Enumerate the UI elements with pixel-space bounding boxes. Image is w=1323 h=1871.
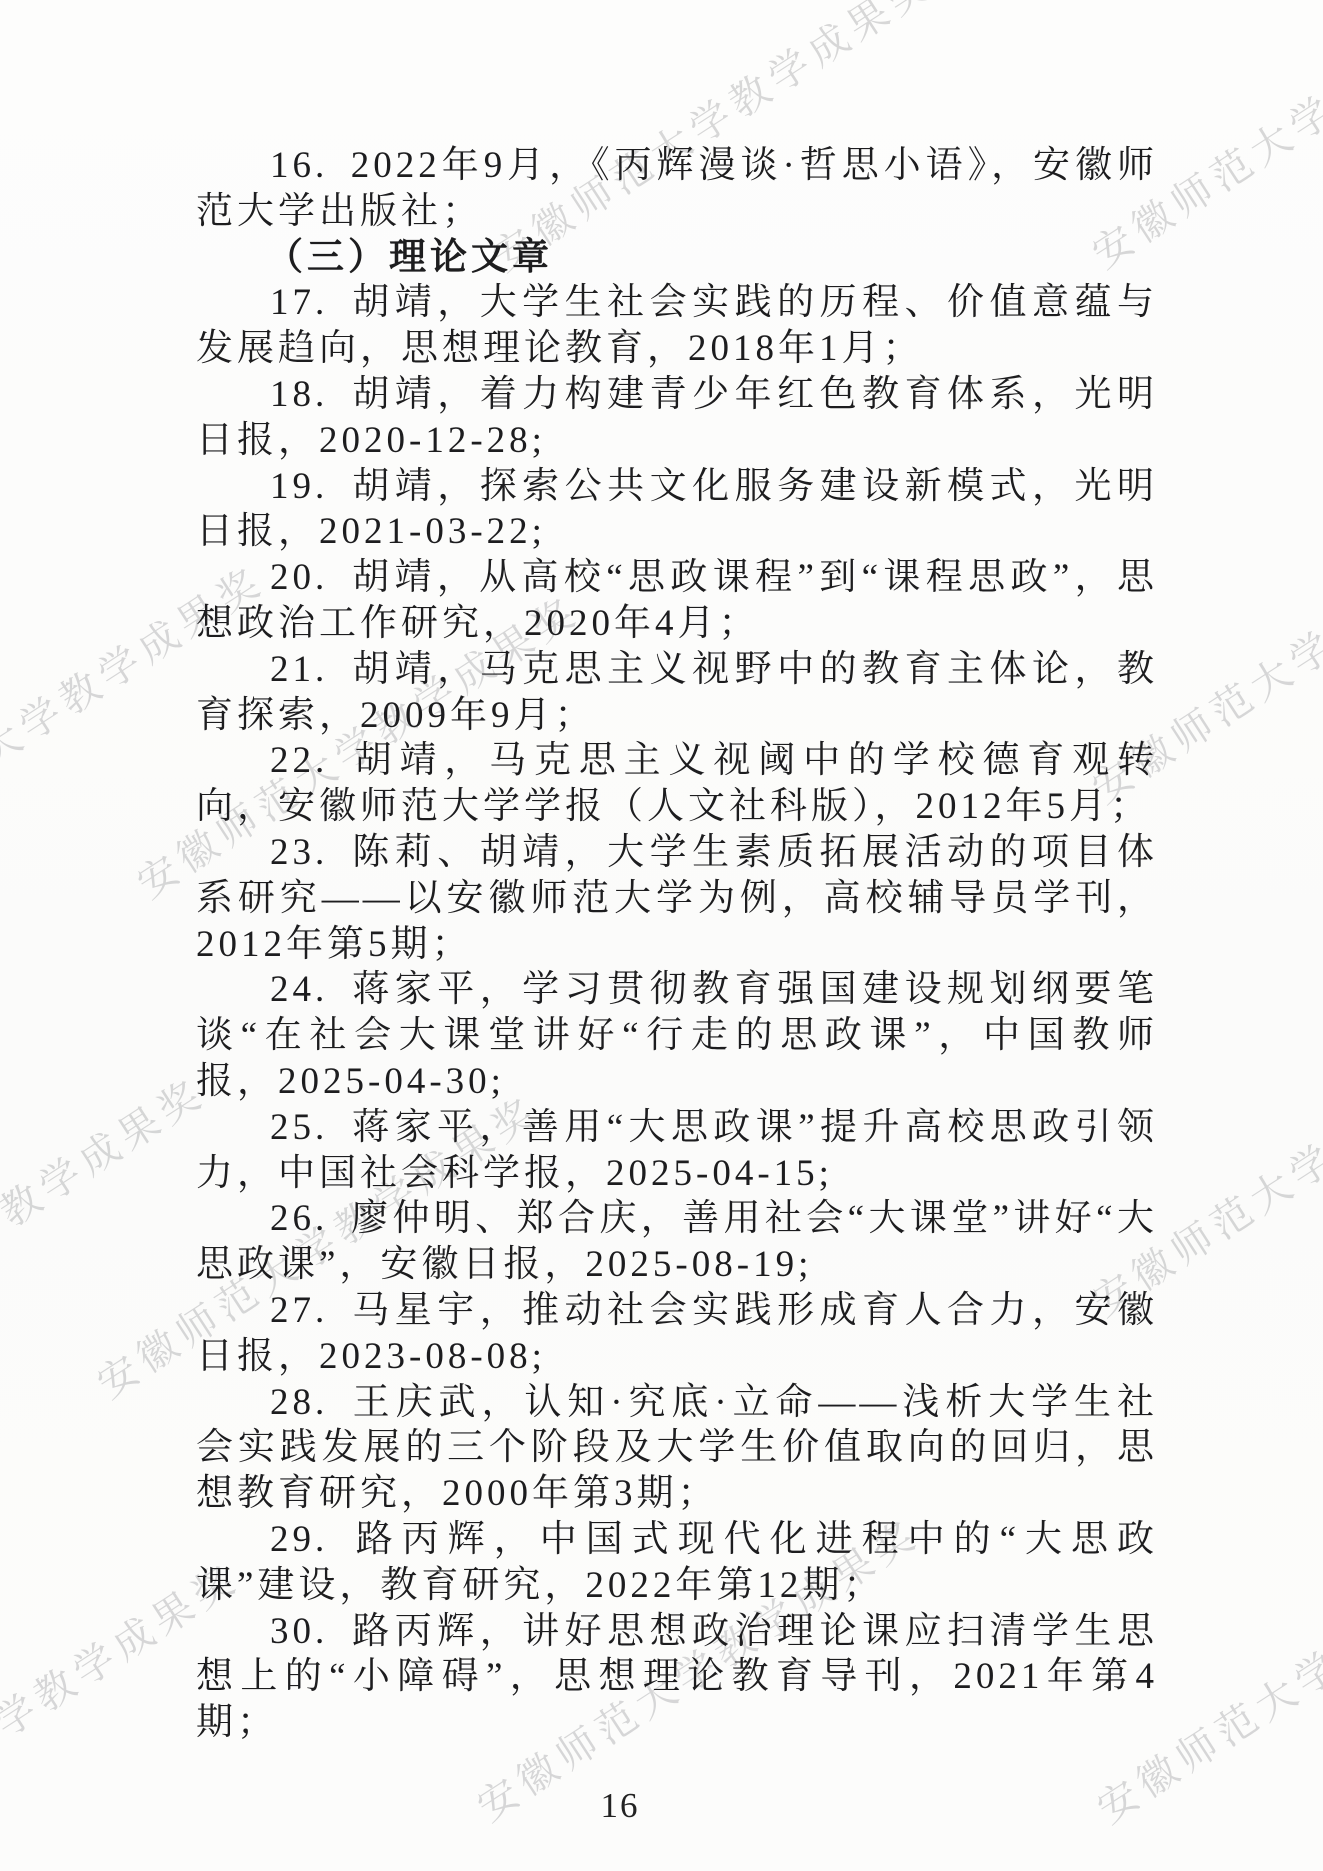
reference-item: 30. 路丙辉，讲好思想政治理论课应扫清学生思想上的“小障碍”，思想理论教育导刊… [196, 1609, 1158, 1746]
reference-item: 23. 陈莉、胡靖，大学生素质拓展活动的项目体系研究——以安徽师范大学为例，高校… [196, 830, 1158, 967]
watermark-text: 安徽师范大学教学成果奖 [0, 1062, 215, 1391]
reference-item: 19. 胡靖，探索公共文化服务建设新模式，光明日报，2021-03-22; [196, 464, 1158, 556]
reference-item: 21. 胡靖，马克思主义视野中的教育主体论，教育探索，2009年9月； [196, 647, 1158, 739]
reference-item: 26. 廖仲明、郑合庆，善用社会“大课堂”讲好“大思政课”，安徽日报，2025-… [196, 1196, 1158, 1288]
document-body: 16. 2022年9月，《丙辉漫谈·哲思小语》，安徽师范大学出版社；（三）理论文… [196, 143, 1158, 1746]
page-number: 16 [560, 1786, 680, 1826]
reference-item: 20. 胡靖，从高校“思政课程”到“课程思政”，思想政治工作研究，2020年4月… [196, 555, 1158, 647]
reference-item: 27. 马星宇，推动社会实践形成育人合力，安徽日报，2023-08-08; [196, 1288, 1158, 1380]
reference-item: 28. 王庆武，认知·究底·立命——浅析大学生社会实践发展的三个阶段及大学生价值… [196, 1380, 1158, 1517]
reference-item: 29. 路丙辉，中国式现代化进程中的“大思政课”建设，教育研究，2022年第12… [196, 1517, 1158, 1609]
reference-item: 17. 胡靖，大学生社会实践的历程、价值意蕴与发展趋向，思想理论教育，2018年… [196, 280, 1158, 372]
document-page: 安徽师范大学教学成果奖 安徽师范大学教学成果奖 安徽师范大学教学成果奖 安徽师范… [0, 0, 1323, 1871]
reference-item: 25. 蒋家平，善用“大思政课”提升高校思政引领力，中国社会科学报，2025-0… [196, 1105, 1158, 1197]
reference-item: 16. 2022年9月，《丙辉漫谈·哲思小语》，安徽师范大学出版社； [196, 143, 1158, 235]
reference-item: 22. 胡靖，马克思主义视阈中的学校德育观转向，安徽师范大学学报（人文社科版），… [196, 738, 1158, 830]
reference-item: 18. 胡靖，着力构建青少年红色教育体系，光明日报，2020-12-28; [196, 372, 1158, 464]
section-heading: （三）理论文章 [196, 235, 1158, 281]
reference-item: 24. 蒋家平，学习贯彻教育强国建设规划纲要笔谈“在社会大课堂讲好“行走的思政课… [196, 967, 1158, 1104]
